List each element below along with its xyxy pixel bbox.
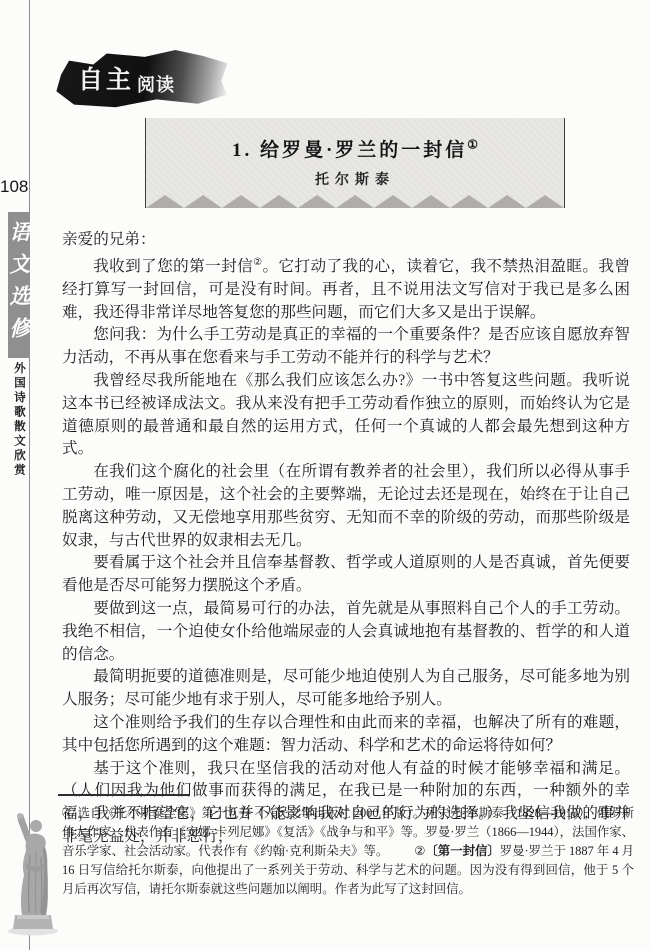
textbook-page: 108 自主阅读 1. 给罗曼·罗兰的一封信① 托尔斯泰 语文选修 外国诗歌散文… <box>0 0 650 950</box>
letter-body: 亲爱的兄弟： 我收到了您的第一封信②。它打动了我的心，读着它，我不禁热泪盈眶。我… <box>62 229 630 849</box>
series-title-box: 语文选修 <box>8 212 30 358</box>
lesson-title-text: 1. 给罗曼·罗兰的一封信 <box>232 140 467 161</box>
footnote-2-marker: ② <box>414 844 425 858</box>
paragraph-text: 我收到了您的第一封信 <box>93 258 253 275</box>
footnote-marker: ② <box>253 257 262 268</box>
series-title-vertical: 语文选修 <box>4 220 34 349</box>
paragraph: 这个准则给予我们的生存以合理性和由此而来的幸福，也解决了所有的难题，其中包括您所… <box>62 712 630 758</box>
badge-label-large: 自主 <box>78 67 134 94</box>
paragraph: 我曾经尽我所能地在《那么我们应该怎么办?》一书中答复这些问题。我听说这本书已经被… <box>62 370 630 461</box>
lesson-title-box: 1. 给罗曼·罗兰的一封信① 托尔斯泰 <box>145 118 565 208</box>
paragraph: 要看属于这个社会并且信奉基督教、哲学或人道原则的人是否真诚，首先便要看他是否尽可… <box>62 552 630 598</box>
page-number: 108 <box>0 177 28 197</box>
footnote-divider <box>58 794 190 796</box>
section-badge-label: 自主阅读 <box>78 60 172 96</box>
section-badge: 自主阅读 <box>56 50 228 108</box>
title-footnote-marker: ① <box>467 138 478 152</box>
subseries-title: 外国诗歌散文欣赏 <box>6 362 32 478</box>
footnotes: ① 选自《托尔斯泰全集》第十五卷（人民文学出版社 2000 年版）。列夫·托尔斯… <box>62 804 634 899</box>
salutation: 亲爱的兄弟： <box>62 229 630 252</box>
footnote-2-term: 〔第一封信〕 <box>425 844 499 858</box>
paragraph: 我收到了您的第一封信②。它打动了我的心，读着它，我不禁热泪盈眶。我曾经打算写一封… <box>62 252 630 325</box>
badge-label-small: 阅读 <box>137 75 175 95</box>
paragraph: 在我们这个腐化的社会里（在所谓有教养者的社会里），我们所以必得从事手工劳动，唯一… <box>62 461 630 552</box>
zigzag-border-icon <box>146 195 564 208</box>
statue-image <box>3 811 63 937</box>
subseries-title-vertical: 外国诗歌散文欣赏 <box>11 362 27 478</box>
lesson-title: 1. 给罗曼·罗兰的一封信① <box>146 135 564 162</box>
author-name: 托尔斯泰 <box>146 169 564 189</box>
paragraph: 您问我：为什么手工劳动是真正的幸福的一个重要条件？是否应该自愿放弃智力活动，不再… <box>62 324 630 370</box>
paragraph: 最简明扼要的道德准则是，尽可能少地迫使别人为自己服务，尽可能多地为别人服务；尽可… <box>62 666 630 712</box>
paragraph: 要做到这一点，最简易可行的办法，首先就是从事照料自己个人的手工劳动。我绝不相信，… <box>62 598 630 666</box>
footnote-1-marker: ① <box>62 806 74 820</box>
